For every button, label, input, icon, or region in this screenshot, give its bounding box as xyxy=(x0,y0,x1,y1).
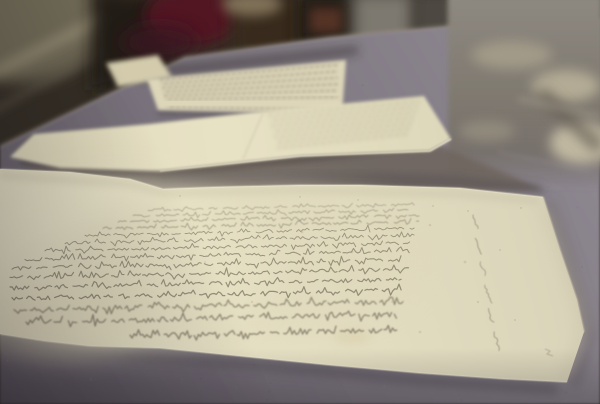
photo-canvas xyxy=(0,0,600,404)
archive-photo: Centuries-old handwritten letters on cre… xyxy=(0,0,600,404)
lighting-vignette xyxy=(0,0,600,404)
